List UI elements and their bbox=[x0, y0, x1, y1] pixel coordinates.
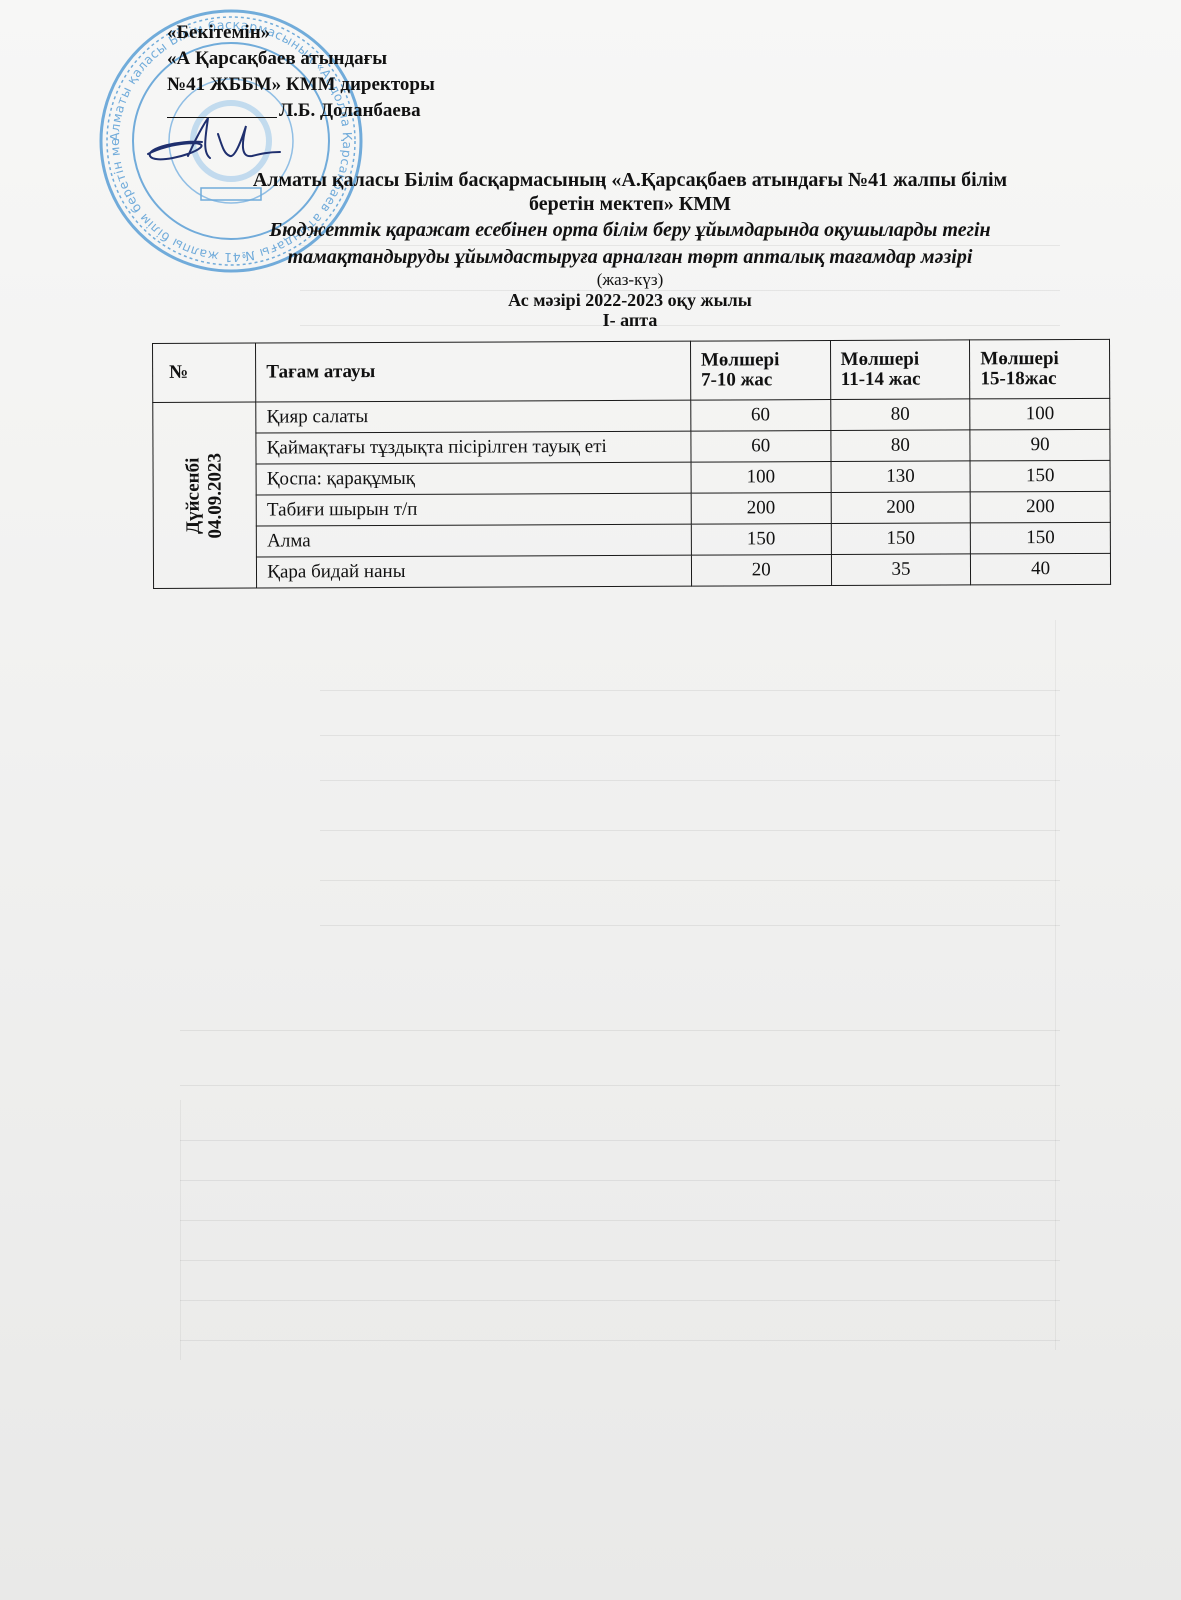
column-label: Мөлшері bbox=[701, 349, 780, 370]
dish-name: Қияр салаты bbox=[256, 400, 691, 433]
column-header-dish: Тағам атауы bbox=[256, 341, 691, 402]
table-row: Дүйсенбі04.09.2023Қияр салаты6080100 bbox=[153, 398, 1110, 433]
amount-7-10: 20 bbox=[691, 555, 831, 587]
amount-15-18: 100 bbox=[970, 398, 1110, 430]
amount-7-10: 100 bbox=[691, 462, 831, 494]
approval-school: «А Қарсақбаев атындағы bbox=[167, 46, 435, 72]
table-row: Қоспа: қарақұмық100130150 bbox=[153, 460, 1110, 495]
amount-7-10: 60 bbox=[691, 431, 831, 463]
approval-signatory-row: Л.Б. Доланбаева bbox=[167, 98, 435, 124]
amount-11-14: 35 bbox=[831, 554, 971, 586]
table-row: Қара бидай наны203540 bbox=[153, 553, 1110, 588]
column-sublabel: 15-18жас bbox=[980, 368, 1056, 389]
day-cell: Дүйсенбі04.09.2023 bbox=[153, 402, 257, 588]
amount-11-14: 80 bbox=[830, 399, 970, 431]
dish-name: Қоспа: қарақұмық bbox=[256, 462, 691, 495]
signature-line bbox=[167, 117, 277, 118]
table-row: Қаймақтағы тұздықта пісірілген тауық еті… bbox=[153, 429, 1110, 464]
signatory-name: Л.Б. Доланбаева bbox=[279, 100, 421, 121]
dish-name: Қаймақтағы тұздықта пісірілген тауық еті bbox=[256, 431, 691, 464]
dish-name: Алма bbox=[257, 524, 692, 557]
column-header-age-15-18: Мөлшері15-18жас bbox=[970, 339, 1110, 399]
column-header-number: № bbox=[153, 343, 257, 402]
amount-15-18: 90 bbox=[970, 429, 1110, 461]
dish-name: Қара бидай наны bbox=[257, 555, 692, 588]
amount-11-14: 150 bbox=[831, 523, 971, 555]
day-label: Дүйсенбі04.09.2023 bbox=[183, 452, 227, 538]
column-sublabel: 7-10 жас bbox=[701, 369, 772, 390]
amount-11-14: 130 bbox=[831, 461, 971, 493]
day-name: Дүйсенбі bbox=[183, 453, 205, 539]
day-date: 04.09.2023 bbox=[205, 452, 227, 538]
season-label: (жаз-күз) bbox=[150, 270, 1110, 290]
subtitle-line2: тамақтандыруды ұйымдастыруға арналған тө… bbox=[150, 245, 1110, 270]
document-header: Алматы қаласы Білім басқармасының «А.Қар… bbox=[150, 168, 1110, 330]
org-name-line2: беретін мектеп» КММ bbox=[150, 192, 1110, 216]
amount-15-18: 150 bbox=[971, 522, 1111, 554]
amount-7-10: 60 bbox=[691, 400, 831, 432]
table-header-row: № Тағам атауы Мөлшері7-10 жас Мөлшері11-… bbox=[153, 339, 1110, 402]
approval-title: «Бекітемін» bbox=[167, 20, 435, 46]
amount-15-18: 150 bbox=[970, 460, 1110, 492]
subtitle-line1: Бюджеттік қаражат есебінен орта білім бе… bbox=[150, 218, 1110, 243]
org-name-line1: Алматы қаласы Білім басқармасының «А.Қар… bbox=[150, 168, 1110, 192]
column-label: Мөлшері bbox=[841, 349, 920, 370]
column-header-age-11-14: Мөлшері11-14 жас bbox=[830, 340, 970, 400]
amount-15-18: 200 bbox=[970, 491, 1110, 523]
amount-11-14: 80 bbox=[830, 430, 970, 462]
menu-year: Ас мәзірі 2022-2023 оқу жылы bbox=[150, 290, 1110, 310]
column-header-age-7-10: Мөлшері7-10 жас bbox=[690, 341, 830, 401]
approval-block: «Бекітемін» «А Қарсақбаев атындағы №41 Ж… bbox=[167, 20, 435, 124]
week-label: I- апта bbox=[150, 310, 1110, 330]
menu-table: № Тағам атауы Мөлшері7-10 жас Мөлшері11-… bbox=[152, 339, 1111, 589]
amount-11-14: 200 bbox=[831, 492, 971, 524]
dish-name: Табиғи шырын т/п bbox=[256, 493, 691, 526]
column-label: Мөлшері bbox=[980, 348, 1059, 369]
column-sublabel: 11-14 жас bbox=[841, 369, 921, 390]
approval-position: №41 ЖББМ» КММ директоры bbox=[167, 72, 435, 98]
table-row: Алма150150150 bbox=[153, 522, 1110, 557]
amount-7-10: 200 bbox=[691, 493, 831, 525]
amount-7-10: 150 bbox=[691, 524, 831, 556]
amount-15-18: 40 bbox=[971, 553, 1111, 585]
table-row: Табиғи шырын т/п200200200 bbox=[153, 491, 1110, 526]
